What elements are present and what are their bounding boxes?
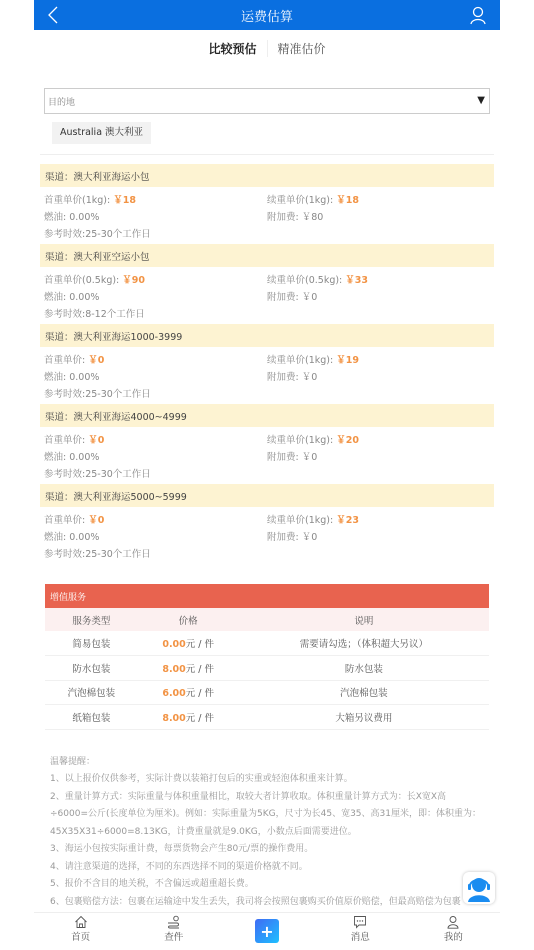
column-header: 说明 bbox=[239, 608, 489, 631]
cont-weight-price: ￥19 bbox=[336, 355, 359, 366]
note-item: 2、重量计算方式：实际重量与体积重量相比，取较大者计算收取。体积重量计算方式为：… bbox=[50, 789, 484, 842]
cont-weight-label: 续重单价(1kg): bbox=[267, 195, 333, 206]
table-row: 防水包装 8.00元 / 件 防水包装 bbox=[45, 656, 489, 681]
table-row: 纸箱包装 8.00元 / 件 大箱另议费用 bbox=[45, 705, 489, 730]
delivery-time: 参考时效:25-30个工作日 bbox=[44, 224, 490, 241]
service-price: 6.00元 / 件 bbox=[138, 680, 239, 705]
cont-weight-label: 续重单价(1kg): bbox=[267, 435, 333, 446]
service-price: 8.00元 / 件 bbox=[138, 656, 239, 681]
surcharge: 附加费: ￥0 bbox=[267, 449, 490, 463]
divider bbox=[40, 154, 494, 155]
cont-weight-price: ￥20 bbox=[336, 435, 359, 446]
estimate-tabs: 比较预估 精准估价 bbox=[34, 30, 500, 66]
user-button[interactable] bbox=[468, 5, 488, 25]
tab-compare-estimate[interactable]: 比较预估 bbox=[198, 40, 266, 57]
first-weight-price: ￥0 bbox=[88, 435, 104, 446]
note-item: 4、请注意渠道的选择，不同的东西选择不同的渠道价格就不同。 bbox=[50, 859, 484, 877]
channel-item: 渠道：澳大利亚海运4000~4999 首重单价: ￥0 续重单价(1kg): ￥… bbox=[34, 404, 500, 481]
cont-weight-label: 续重单价(1kg): bbox=[267, 355, 333, 366]
fuel-rate: 燃油: 0.00% bbox=[44, 369, 267, 383]
channel-item: 渠道：澳大利亚空运小包 首重单价(0.5kg): ￥90 续重单价(0.5kg)… bbox=[34, 244, 500, 321]
service-note: 汽泡棉包装 bbox=[239, 680, 489, 705]
first-weight-label: 首重单价: bbox=[44, 435, 85, 446]
page-title: 运费估算 bbox=[241, 6, 293, 25]
first-weight-label: 首重单价: bbox=[44, 515, 85, 526]
nav-label: 首页 bbox=[71, 929, 90, 943]
channel-name: 渠道：澳大利亚海运4000~4999 bbox=[40, 404, 494, 427]
header-bar: 运费估算 bbox=[34, 0, 500, 30]
surcharge: 附加费: ￥0 bbox=[267, 369, 490, 383]
service-price: 8.00元 / 件 bbox=[138, 705, 239, 730]
cont-weight-price: ￥23 bbox=[336, 515, 359, 526]
nav-messages[interactable]: 消息 bbox=[314, 913, 407, 950]
message-icon bbox=[353, 915, 367, 929]
fuel-rate: 燃油: 0.00% bbox=[44, 209, 267, 223]
table-row: 汽泡棉包装 6.00元 / 件 汽泡棉包装 bbox=[45, 680, 489, 705]
first-weight-price: ￥0 bbox=[88, 355, 104, 366]
nav-label: 消息 bbox=[351, 929, 370, 943]
user-icon bbox=[446, 915, 460, 929]
fuel-rate: 燃油: 0.00% bbox=[44, 449, 267, 463]
service-note: 需要请勾选；（体积超大另议） bbox=[239, 631, 489, 656]
value-added-services: 增值服务 服务类型 价格 说明 简易包装 0.00元 / 件 需要请勾选；（体积… bbox=[45, 584, 489, 730]
note-item: 3、海运小包按实际重计费，每票货物会产生80元/票的操作费用。 bbox=[50, 841, 484, 859]
channel-name: 渠道：澳大利亚海运5000~5999 bbox=[40, 484, 494, 507]
cont-weight-label: 续重单价(0.5kg): bbox=[267, 275, 342, 286]
nav-add[interactable]: + bbox=[220, 913, 313, 950]
channel-item: 渠道：澳大利亚海运5000~5999 首重单价: ￥0 续重单价(1kg): ￥… bbox=[34, 484, 500, 561]
delivery-time: 参考时效:25-30个工作日 bbox=[44, 544, 490, 561]
channel-name: 渠道：澳大利亚空运小包 bbox=[40, 244, 494, 267]
first-weight-price: ￥90 bbox=[122, 275, 145, 286]
delivery-time: 参考时效:8-12个工作日 bbox=[44, 304, 490, 321]
channel-name: 渠道：澳大利亚海运小包 bbox=[40, 164, 494, 187]
first-weight-price: ￥0 bbox=[88, 515, 104, 526]
service-price: 0.00元 / 件 bbox=[138, 631, 239, 656]
delivery-time: 参考时效:25-30个工作日 bbox=[44, 464, 490, 481]
nav-label: 我的 bbox=[444, 929, 463, 943]
destination-chip[interactable]: Australia 澳大利亚 bbox=[52, 122, 151, 144]
service-note: 防水包装 bbox=[239, 656, 489, 681]
destination-placeholder: 目的地 bbox=[48, 95, 75, 108]
track-icon bbox=[167, 915, 181, 929]
table-row: 简易包装 0.00元 / 件 需要请勾选；（体积超大另议） bbox=[45, 631, 489, 656]
fuel-rate: 燃油: 0.00% bbox=[44, 289, 267, 303]
customer-service-icon bbox=[463, 872, 495, 904]
dropdown-arrow-icon: ▼ bbox=[477, 95, 485, 106]
channel-item: 渠道：澳大利亚海运小包 首重单价(1kg): ￥18 续重单价(1kg): ￥1… bbox=[34, 164, 500, 241]
channel-list: 渠道：澳大利亚海运小包 首重单价(1kg): ￥18 续重单价(1kg): ￥1… bbox=[34, 164, 500, 561]
service-type: 简易包装 bbox=[45, 631, 138, 656]
user-icon bbox=[468, 5, 488, 25]
channel-item: 渠道：澳大利亚海运1000-3999 首重单价: ￥0 续重单价(1kg): ￥… bbox=[34, 324, 500, 401]
app-page: 运费估算 比较预估 精准估价 目的地 ▼ Australia 澳大利亚 渠道：澳… bbox=[34, 0, 500, 950]
cont-weight-price: ￥18 bbox=[336, 195, 359, 206]
service-type: 纸箱包装 bbox=[45, 705, 138, 730]
column-header: 服务类型 bbox=[45, 608, 138, 631]
fuel-rate: 燃油: 0.00% bbox=[44, 529, 267, 543]
service-type: 汽泡棉包装 bbox=[45, 680, 138, 705]
bottom-nav: 首页 查件 + 消息 我的 bbox=[34, 912, 500, 950]
customer-service-button[interactable] bbox=[463, 872, 495, 904]
back-button[interactable] bbox=[44, 5, 64, 25]
service-note: 大箱另议费用 bbox=[239, 705, 489, 730]
services-table: 服务类型 价格 说明 简易包装 0.00元 / 件 需要请勾选；（体积超大另议）… bbox=[45, 608, 489, 730]
first-weight-label: 首重单价(0.5kg): bbox=[44, 275, 119, 286]
delivery-time: 参考时效:25-30个工作日 bbox=[44, 384, 490, 401]
nav-mine[interactable]: 我的 bbox=[407, 913, 500, 950]
surcharge: 附加费: ￥0 bbox=[267, 289, 490, 303]
cont-weight-label: 续重单价(1kg): bbox=[267, 515, 333, 526]
nav-track[interactable]: 查件 bbox=[127, 913, 220, 950]
destination-select[interactable]: 目的地 ▼ bbox=[44, 88, 490, 114]
column-header: 价格 bbox=[138, 608, 239, 631]
note-item: 1、以上报价仅供参考，实际计费以装箱打包后的实重或轻泡体积重来计算。 bbox=[50, 771, 484, 789]
cont-weight-price: ￥33 bbox=[345, 275, 368, 286]
services-title: 增值服务 bbox=[45, 584, 489, 608]
reminder-notes: 温馨提醒： 1、以上报价仅供参考，实际计费以装箱打包后的实重或轻泡体积重来计算。… bbox=[50, 754, 484, 929]
first-weight-label: 首重单价(1kg): bbox=[44, 195, 110, 206]
surcharge: 附加费: ￥0 bbox=[267, 529, 490, 543]
nav-label: 查件 bbox=[164, 929, 183, 943]
surcharge: 附加费: ￥80 bbox=[267, 209, 490, 223]
home-icon bbox=[74, 915, 88, 929]
notes-title: 温馨提醒： bbox=[50, 754, 484, 772]
chevron-left-icon bbox=[44, 5, 64, 25]
nav-home[interactable]: 首页 bbox=[34, 913, 127, 950]
first-weight-price: ￥18 bbox=[113, 195, 136, 206]
channel-name: 渠道：澳大利亚海运1000-3999 bbox=[40, 324, 494, 347]
service-type: 防水包装 bbox=[45, 656, 138, 681]
tab-precise-estimate[interactable]: 精准估价 bbox=[267, 40, 336, 57]
plus-icon: + bbox=[255, 919, 279, 943]
note-item: 5、报价不含目的地关税，不含偏远或超重超长费。 bbox=[50, 876, 484, 894]
first-weight-label: 首重单价: bbox=[44, 355, 85, 366]
